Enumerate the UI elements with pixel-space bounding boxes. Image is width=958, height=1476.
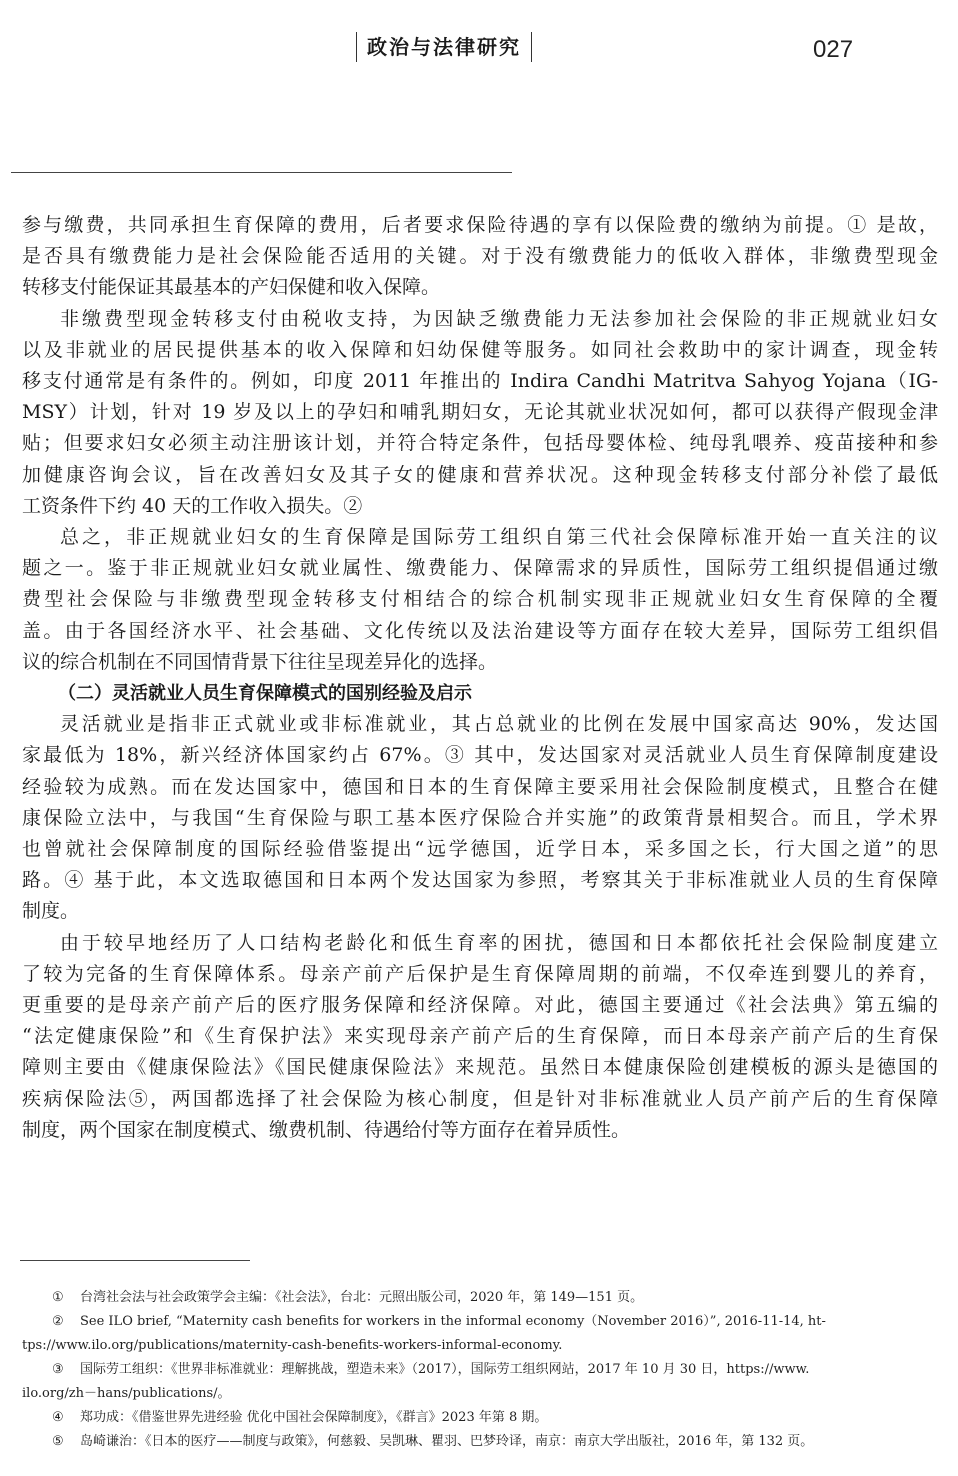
text-line: 经验较为成熟。而在发达国家中，德国和日本的生育保障主要采用社会保险制度模式，且整… bbox=[22, 772, 938, 803]
text-line: 以及非就业的居民提供基本的收入保障和妇幼保健等服务。如同社会救助中的家计调查，现… bbox=[22, 335, 938, 366]
footnote-divider bbox=[20, 1260, 250, 1261]
text-line: 了较为完备的生育保障体系。母亲产前产后保护是生育保障周期的前端，不仅牵连到婴儿的… bbox=[22, 959, 938, 990]
paragraph: 非缴费型现金转移支付由税收支持，为因缺乏缴费能力无法参加社会保险的非正规就业妇女… bbox=[22, 304, 938, 522]
text-line: 路。④ 基于此，本文选取德国和日本两个发达国家为参照，考察其关于非标准就业人员的… bbox=[22, 865, 938, 896]
text-line: 由于较早地经历了人口结构老龄化和低生育率的困扰，德国和日本都依托社会保险制度建立 bbox=[22, 928, 938, 959]
text-line: 议的综合机制在不同国情背景下往往呈现差异化的选择。 bbox=[22, 647, 938, 678]
header-divider bbox=[11, 172, 512, 173]
text-line: 转移支付能保证其最基本的产妇保健和收入保障。 bbox=[22, 272, 938, 303]
text-line: 疾病保险法⑤，两国都选择了社会保险为核心制度，但是针对非标准就业人员产前产后的生… bbox=[22, 1084, 938, 1115]
footnote-number: ① bbox=[52, 1286, 80, 1310]
text-line: 制度。 bbox=[22, 896, 938, 927]
text-line: MSY）计划，针对 19 岁及以上的孕妇和哺乳期妇女，无论其就业状况如何，都可以… bbox=[22, 397, 938, 428]
text-line: 康保险立法中，与我国“生育保险与职工基本医疗保险合并实施”的政策背景相契合。而且… bbox=[22, 803, 938, 834]
text-line: 家最低为 18%，新兴经济体国家约占 67%。③ 其中，发达国家对灵活就业人员生… bbox=[22, 740, 938, 771]
paragraph: 总之，非正规就业妇女的生育保障是国际劳工组织自第三代社会保障标准开始一直关注的议… bbox=[22, 522, 938, 678]
footnote-number: ④ bbox=[52, 1406, 80, 1430]
text-line: 灵活就业是指非正式就业或非标准就业，其占总就业的比例在发展中国家高达 90%，发… bbox=[22, 709, 938, 740]
page-header: 政治与法律研究 027 bbox=[0, 28, 958, 68]
footnote-text: 国际劳工组织：《世界非标准就业：理解挑战，塑造未来》（2017），国际劳工组织网… bbox=[80, 1362, 809, 1377]
text-line: 是否具有缴费能力是社会保险能否适用的关键。对于没有缴费能力的低收入群体，非缴费型… bbox=[22, 241, 938, 272]
footnote-text-cont: ilo.org/zh－hans/publications/。 bbox=[22, 1382, 938, 1406]
text-line: 加健康咨询会议，旨在改善妇女及其子女的健康和营养状况。这种现金转移支付部分补偿了… bbox=[22, 460, 938, 491]
text-line: 非缴费型现金转移支付由税收支持，为因缺乏缴费能力无法参加社会保险的非正规就业妇女 bbox=[22, 304, 938, 335]
text-line: 题之一。鉴于非正规就业妇女就业属性、缴费能力、保障需求的异质性，国际劳工组织提倡… bbox=[22, 553, 938, 584]
footnote-text: 台湾社会法与社会政策学会主编：《社会法》，台北：元照出版公司，2020 年，第 … bbox=[80, 1290, 643, 1305]
page-number: 027 bbox=[813, 36, 853, 64]
text-line: “法定健康保险”和《生育保护法》来实现母亲产前产后的生育保障，而日本母亲产前产后… bbox=[22, 1021, 938, 1052]
footnote-number: ② bbox=[52, 1310, 80, 1334]
main-text: 参与缴费，共同承担生育保障的费用，后者要求保险待遇的享有以保险费的缴纳为前提。①… bbox=[22, 210, 938, 1146]
footnotes: ①台湾社会法与社会政策学会主编：《社会法》，台北：元照出版公司，2020 年，第… bbox=[22, 1286, 938, 1454]
footnote-text: 郑功成：《借鉴世界先进经验 优化中国社会保障制度》，《群言》2023 年第 8 … bbox=[80, 1410, 547, 1425]
footnote-text-cont: tps://www.ilo.org/publications/maternity… bbox=[22, 1334, 938, 1358]
footnote-3: ③国际劳工组织：《世界非标准就业：理解挑战，塑造未来》（2017），国际劳工组织… bbox=[22, 1358, 938, 1406]
text-line: 也曾就社会保障制度的国际经验借鉴提出“远学德国，近学日本，采多国之长，行大国之道… bbox=[22, 834, 938, 865]
paragraph: 由于较早地经历了人口结构老龄化和低生育率的困扰，德国和日本都依托社会保险制度建立… bbox=[22, 928, 938, 1146]
paragraph: 灵活就业是指非正式就业或非标准就业，其占总就业的比例在发展中国家高达 90%，发… bbox=[22, 709, 938, 927]
text-line: 制度，两个国家在制度模式、缴费机制、待遇给付等方面存在着异质性。 bbox=[22, 1115, 938, 1146]
paragraph: 参与缴费，共同承担生育保障的费用，后者要求保险待遇的享有以保险费的缴纳为前提。①… bbox=[22, 210, 938, 304]
text-line: 盖。由于各国经济水平、社会基础、文化传统以及法治建设等方面存在较大差异，国际劳工… bbox=[22, 616, 938, 647]
footnote-1: ①台湾社会法与社会政策学会主编：《社会法》，台北：元照出版公司，2020 年，第… bbox=[22, 1286, 938, 1310]
footnote-text: 岛崎谦治：《日本的医疗——制度与政策》，何慈毅、吴凯琳、瞿羽、巴梦玲译，南京：南… bbox=[80, 1434, 813, 1449]
text-line: 障则主要由《健康保险法》《国民健康保险法》来规范。虽然日本健康保险创建模板的源头… bbox=[22, 1052, 938, 1083]
footnote-number: ⑤ bbox=[52, 1430, 80, 1454]
footnote-5: ⑤岛崎谦治：《日本的医疗——制度与政策》，何慈毅、吴凯琳、瞿羽、巴梦玲译，南京：… bbox=[22, 1430, 938, 1454]
text-line: 更重要的是母亲产前产后的医疗服务保障和经济保障。对此，德国主要通过《社会法典》第… bbox=[22, 990, 938, 1021]
text-line: 工资条件下约 40 天的工作收入损失。② bbox=[22, 491, 938, 522]
text-line: 费型社会保险与非缴费型现金转移支付相结合的综合机制实现非正规就业妇女生育保障的全… bbox=[22, 584, 938, 615]
text-line: 参与缴费，共同承担生育保障的费用，后者要求保险待遇的享有以保险费的缴纳为前提。①… bbox=[22, 210, 938, 241]
footnote-number: ③ bbox=[52, 1358, 80, 1382]
footnote-4: ④郑功成：《借鉴世界先进经验 优化中国社会保障制度》，《群言》2023 年第 8… bbox=[22, 1406, 938, 1430]
section-heading: （二）灵活就业人员生育保障模式的国别经验及启示 bbox=[22, 678, 938, 709]
footnote-text: See ILO brief, “Maternity cash benefits … bbox=[80, 1314, 826, 1329]
text-line: 贴；但要求妇女必须主动注册该计划，并符合特定条件，包括母婴体检、纯母乳喂养、疫苗… bbox=[22, 428, 938, 459]
text-line: 移支付通常是有条件的。例如，印度 2011 年推出的 Indira Candhi… bbox=[22, 366, 938, 397]
journal-section-title: 政治与法律研究 bbox=[356, 32, 532, 62]
footnote-2: ②See ILO brief, “Maternity cash benefits… bbox=[22, 1310, 938, 1358]
text-line: 总之，非正规就业妇女的生育保障是国际劳工组织自第三代社会保障标准开始一直关注的议 bbox=[22, 522, 938, 553]
